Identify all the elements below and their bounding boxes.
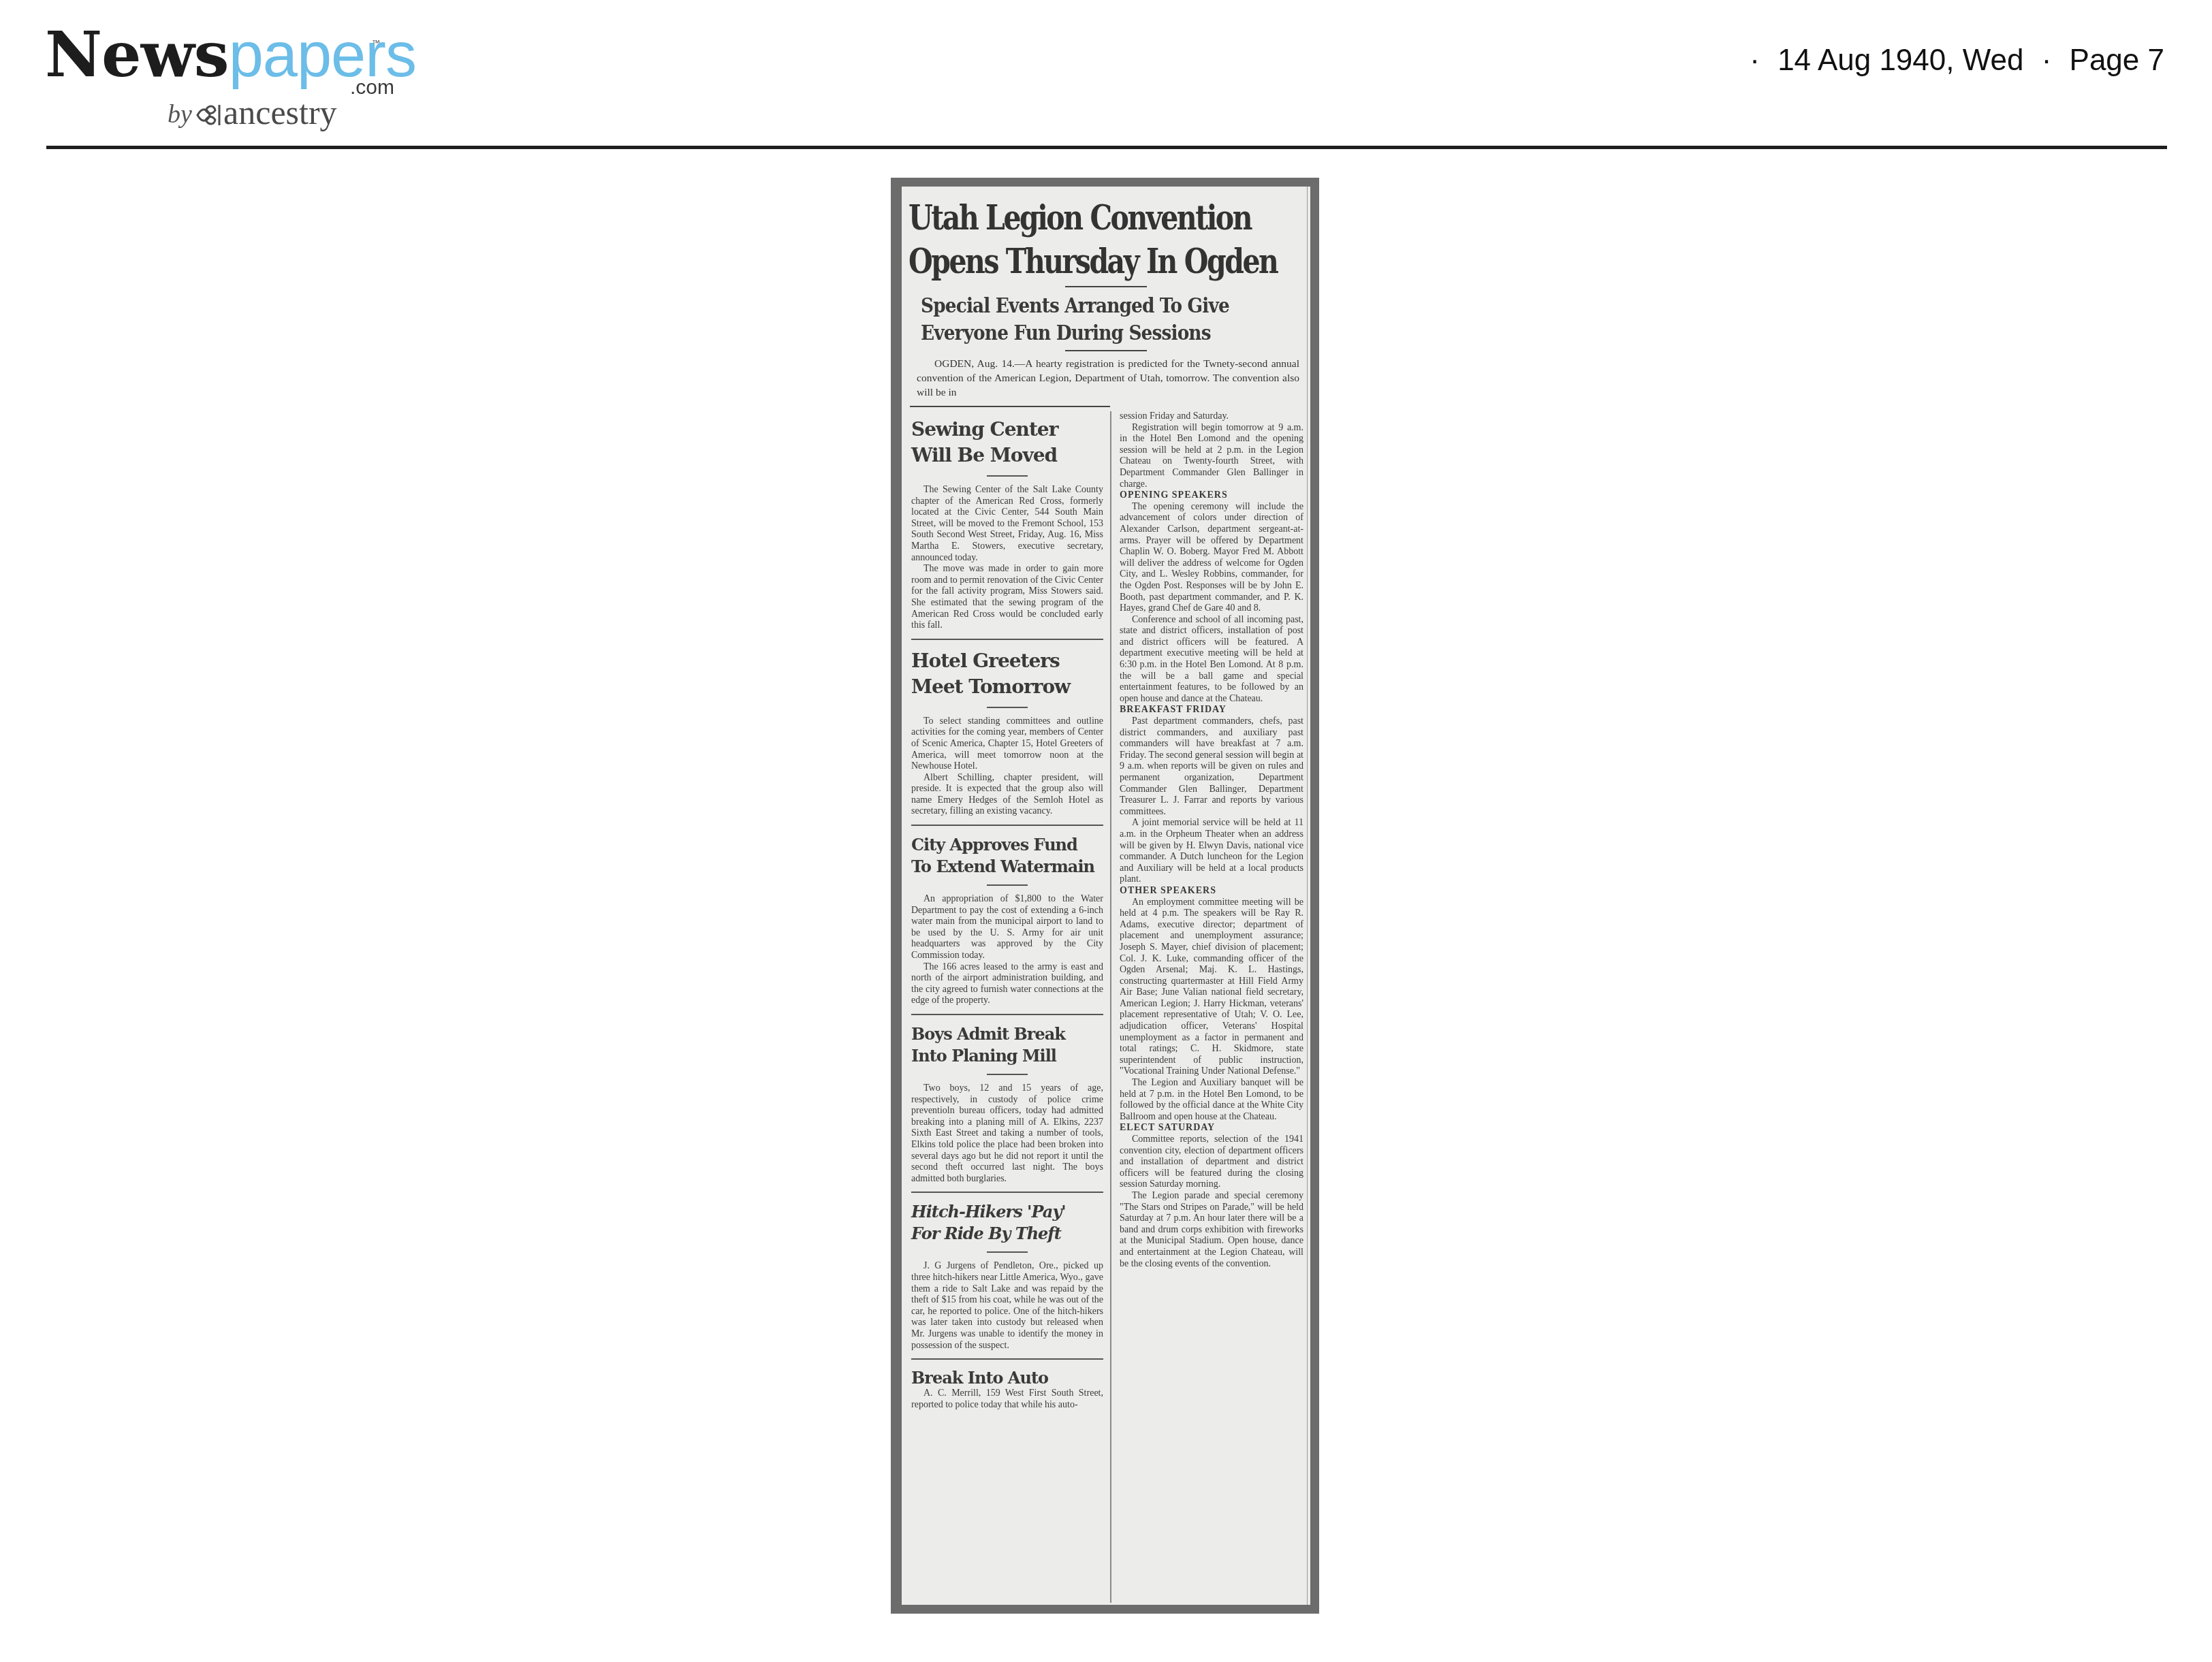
story-headline: Hotel GreetersMeet Tomorrow xyxy=(911,648,1103,700)
left-column: Sewing CenterWill Be Moved The Sewing Ce… xyxy=(911,417,1103,1426)
newspapers-logo[interactable]: Newspapers ™ .com by ancestry xyxy=(45,23,399,125)
clipping-frame: Utah Legion Convention Opens Thursday In… xyxy=(891,178,1319,1614)
story-paragraph: A. C. Merrill, 159 West First South Stre… xyxy=(911,1388,1103,1411)
logo-dotcom-text: .com xyxy=(350,76,394,99)
story-paragraph: The Sewing Center of the Salt Lake Count… xyxy=(911,485,1103,564)
story-headline: Sewing CenterWill Be Moved xyxy=(911,417,1103,468)
story-paragraph: To select standing committees and outlin… xyxy=(911,716,1103,773)
headline-rule xyxy=(1065,286,1147,287)
logo-by-text: by xyxy=(168,99,192,129)
story-paragraph: Committee reports, selection of the 1941… xyxy=(1120,1134,1303,1191)
lede-rule xyxy=(910,406,1110,407)
story-sewing-center: Sewing CenterWill Be Moved The Sewing Ce… xyxy=(911,417,1103,640)
story-paragraph: A joint memorial service will be held at… xyxy=(1120,818,1303,886)
section-subhead: ELECT SATURDAY xyxy=(1120,1123,1303,1134)
logo-news-text: News xyxy=(45,18,229,91)
story-paragraph: Registration will begin tomorrow at 9 a.… xyxy=(1120,423,1303,491)
logo-ancestry-text: ancestry xyxy=(223,93,337,132)
story-boys-admit-break: Boys Admit BreakInto Planing Mill Two bo… xyxy=(911,1023,1103,1193)
right-column: session Friday and Saturday. Registratio… xyxy=(1120,411,1303,1270)
column-border xyxy=(1307,187,1308,1605)
separator-dot: · xyxy=(1750,44,1760,77)
story-paragraph: J. G Jurgens of Pendleton, Ore., picked … xyxy=(911,1261,1103,1352)
main-headline: Utah Legion Convention Opens Thursday In… xyxy=(908,196,1233,283)
site-header: Newspapers ™ .com by ancestry · 14 Aug 1… xyxy=(0,0,2212,150)
page-number: Page 7 xyxy=(2070,44,2164,77)
story-paragraph: Past department commanders, chefs, past … xyxy=(1120,716,1303,818)
story-paragraph: The Legion parade and special ceremony "… xyxy=(1120,1191,1303,1270)
story-paragraph: Albert Schilling, chapter president, wil… xyxy=(911,773,1103,818)
story-headline: Boys Admit BreakInto Planing Mill xyxy=(911,1023,1103,1067)
section-subhead: BREAKFAST FRIDAY xyxy=(1120,705,1303,716)
section-subhead: OTHER SPEAKERS xyxy=(1120,886,1303,897)
story-paragraph: An employment committee meeting will be … xyxy=(1120,897,1303,1078)
story-paragraph: session Friday and Saturday. xyxy=(1120,411,1303,423)
publication-date: 14 Aug 1940, Wed xyxy=(1777,44,2023,77)
newspaper-clipping[interactable]: Utah Legion Convention Opens Thursday In… xyxy=(902,187,1310,1605)
story-hitch-hikers: Hitch-Hikers 'Pay'For Ride By Theft J. G… xyxy=(911,1201,1103,1360)
lede-paragraph: OGDEN, Aug. 14.—A hearty registration is… xyxy=(917,357,1299,400)
sub-headline: Special Events Arranged To Give Everyone… xyxy=(921,293,1257,347)
section-subhead: OPENING SPEAKERS xyxy=(1120,490,1303,502)
header-divider xyxy=(46,146,2167,149)
story-city-approves-fund: City Approves FundTo Extend Watermain An… xyxy=(911,834,1103,1015)
clipping-meta: · 14 Aug 1940, Wed · Page 7 xyxy=(1740,44,2164,78)
story-paragraph: The Legion and Auxiliary banquet will be… xyxy=(1120,1078,1303,1123)
story-paragraph: Conference and school of all incoming pa… xyxy=(1120,615,1303,705)
story-hotel-greeters: Hotel GreetersMeet Tomorrow To select st… xyxy=(911,648,1103,826)
story-break-into-auto: Break Into Auto A. C. Merrill, 159 West … xyxy=(911,1368,1103,1418)
story-paragraph: The opening ceremony will include the ad… xyxy=(1120,502,1303,615)
trademark-mark: ™ xyxy=(372,38,380,48)
ancestry-leaf-icon xyxy=(195,103,222,127)
story-paragraph: The move was made in order to gain more … xyxy=(911,564,1103,632)
story-paragraph: An appropriation of $1,800 to the Water … xyxy=(911,894,1103,962)
subhead-rule xyxy=(1065,350,1147,351)
story-headline: Hitch-Hikers 'Pay'For Ride By Theft xyxy=(911,1201,1103,1245)
story-paragraph: Two boys, 12 and 15 years of age, respec… xyxy=(911,1083,1103,1185)
story-headline: City Approves FundTo Extend Watermain xyxy=(911,834,1103,878)
story-headline: Break Into Auto xyxy=(911,1368,1103,1388)
separator-dot: · xyxy=(2042,44,2052,77)
story-paragraph: The 166 acres leased to the army is east… xyxy=(911,962,1103,1007)
column-divider xyxy=(1110,411,1111,1603)
